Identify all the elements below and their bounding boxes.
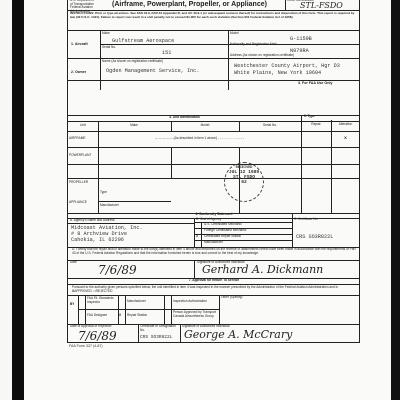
divider (171, 147, 172, 178)
owner-label: 2. Owner (71, 70, 86, 74)
divider (228, 58, 229, 90)
kind-us-mechanic[interactable]: U.S. Certificated Mechanic (204, 223, 242, 227)
divider (138, 324, 139, 343)
owner-name-label: Name (As shown on registration certifica… (102, 60, 163, 64)
rejected-label: REJECTED (96, 289, 113, 293)
type-title: 5. Type (304, 115, 315, 119)
divider (98, 121, 99, 213)
divider (219, 295, 220, 324)
owner-name-value: Ogden Management Service, Inc. (106, 68, 199, 74)
pursuant-statement: Pursuant to the authority given persons … (72, 286, 356, 293)
option-repair-station[interactable]: Repair Station (127, 314, 147, 318)
scan-edge-right (391, 0, 400, 400)
divider (68, 223, 194, 224)
divider (292, 213, 293, 247)
by-label: BY (70, 303, 74, 307)
divider (68, 131, 360, 132)
certificate-no-value: CRS SO3R822L (296, 234, 333, 240)
row-appliance: APPLIANCE (69, 201, 87, 205)
kind-manufacturer[interactable]: Manufacturer (204, 241, 223, 245)
scan-edge-left (12, 0, 24, 400)
option-inspection-authorization[interactable]: Inspection Authorization (173, 300, 207, 304)
divider (98, 201, 171, 202)
option-transport-canada[interactable]: Person Approved by Transport Canada Airw… (173, 311, 218, 318)
instructions: INSTRUCTIONS: Print or type all entries.… (70, 12, 358, 20)
appliance-type-label: Type (100, 191, 107, 195)
divider (331, 120, 332, 213)
col-unit: Unit (68, 124, 98, 128)
stamp-number: 62 (225, 180, 263, 185)
approval-signature-value: George A. McCrary (184, 328, 292, 341)
divider (68, 164, 360, 165)
approval-cert-value: CRS SO3R822L (140, 335, 172, 340)
owner-address-line2: White Plains, New York 10604 (234, 70, 321, 76)
divider (171, 121, 172, 131)
row-airframe: AIRFRAME (69, 137, 85, 141)
agency-line3: Cahokia, IL 62206 (71, 237, 124, 243)
repair-station-mark[interactable]: X (119, 314, 121, 318)
airframe-alteration-mark: X (331, 136, 360, 141)
option-faa-inspector[interactable]: FAA Flt. Standards Inspector (87, 297, 117, 304)
approval-date-value: 7/6/89 (78, 329, 117, 343)
form-title: (Airframe, Powerplant, Propeller, or App… (112, 1, 267, 8)
received-stamp: RECEIVED JUL 12 1989 STL FSDO 62 (224, 162, 264, 202)
option-manufacturer[interactable]: Manufacturer (127, 300, 146, 304)
unit-identification-title: 4. Unit Identification (68, 116, 301, 120)
approval-cert-label: Certificate or Designation No. (140, 325, 180, 332)
approval-title: 7. Approval for Return To Service (68, 279, 360, 283)
serial-label: Serial No. (102, 46, 116, 50)
divider (68, 178, 360, 179)
airframe-described-text: (As described in Item 1 above) (174, 136, 217, 140)
divider (68, 147, 360, 148)
kind-foreign-mechanic[interactable]: Foreign Certificated Mechanic (204, 229, 246, 233)
faa-form-337: U.S. Department of Transportation Federa… (67, 0, 360, 343)
certify-statement: D. I certify that the repair and/or alte… (72, 248, 356, 255)
option-faa-designee[interactable]: FAA Designee (87, 314, 107, 318)
model-label: Model (230, 32, 239, 36)
make-label: Make (102, 32, 110, 36)
certificate-no-label: C. Certificate No. (294, 218, 318, 222)
row-powerplant: POWERPLANT (69, 154, 91, 158)
kind-repair-station[interactable]: Certificated Repair Station (204, 235, 241, 239)
owner-address-line1: Westchester County Airport, Hgr D3 (234, 63, 340, 69)
date-label: Date (70, 261, 77, 265)
divider (194, 260, 195, 278)
divider (285, 0, 286, 10)
nationality-label: Nationality and Registration Mark (230, 43, 277, 47)
other-specify-label: Other (Specify) (221, 296, 242, 300)
kind-repair-station-mark[interactable]: X (196, 235, 198, 239)
date-value: 7/6/89 (98, 263, 137, 277)
col-serial: Serial No. (239, 124, 301, 128)
owner-address-label: Address (As shown on registration certif… (230, 54, 294, 58)
form-footer: FAA Form 337 (4-87) (69, 344, 103, 348)
approved-label: APPROVED (74, 289, 92, 293)
divider (239, 121, 240, 131)
signature-value: Gerhard A. Dickmann (202, 263, 323, 276)
faa-use-only-label: 3. For FAA Use Only (298, 81, 332, 85)
col-alteration: Alteration (331, 123, 360, 127)
divider (100, 30, 101, 90)
airframe-described: - - - - - - - - - - - - - - (As describe… (98, 137, 301, 141)
col-make: Make (98, 124, 170, 128)
serial-value: 151 (162, 50, 171, 56)
col-model: Model (171, 124, 239, 128)
model-value: G-1159B (290, 36, 312, 42)
office-id-value: STL-FSDO (300, 1, 343, 10)
appliance-manufacturer-label: Manufacturer (100, 204, 119, 208)
divider (68, 30, 360, 31)
col-repair: Repair (301, 123, 331, 127)
aircraft-label: 1. Aircraft (71, 42, 88, 46)
row-propeller: PROPELLER (69, 181, 88, 185)
divider (180, 324, 181, 343)
